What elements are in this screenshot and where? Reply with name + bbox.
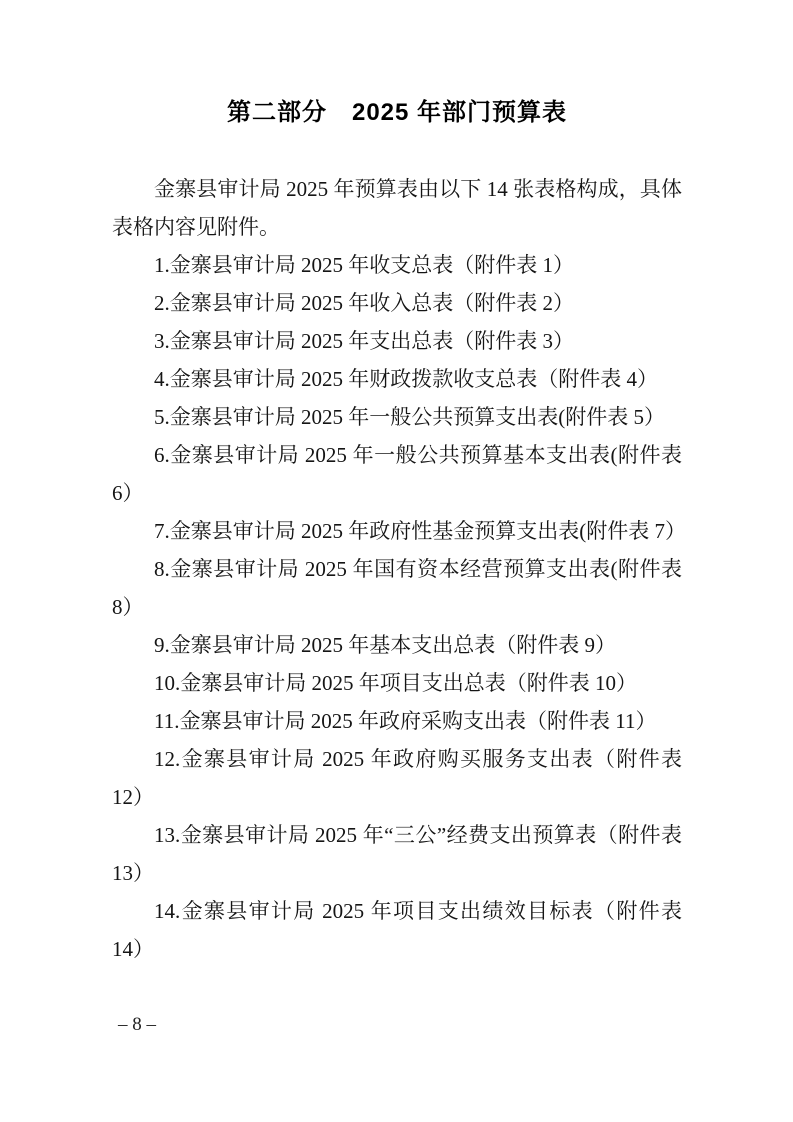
budget-table-item-14: 14.金寨县审计局 2025 年项目支出绩效目标表（附件表 14） — [112, 892, 682, 968]
budget-table-item-6: 6.金寨县审计局 2025 年一般公共预算基本支出表(附件表 6） — [112, 436, 682, 512]
page-number: – 8 – — [118, 1012, 156, 1038]
budget-table-item-10: 10.金寨县审计局 2025 年项目支出总表（附件表 10） — [112, 664, 682, 702]
budget-table-item-4: 4.金寨县审计局 2025 年财政拨款收支总表（附件表 4） — [112, 360, 682, 398]
budget-table-item-13: 13.金寨县审计局 2025 年“三公”经费支出预算表（附件表 13） — [112, 816, 682, 892]
intro-paragraph: 金寨县审计局 2025 年预算表由以下 14 张表格构成，具体表格内容见附件。 — [112, 170, 682, 246]
budget-table-item-11: 11.金寨县审计局 2025 年政府采购支出表（附件表 11） — [112, 702, 682, 740]
budget-table-item-12: 12.金寨县审计局 2025 年政府购买服务支出表（附件表 12） — [112, 740, 682, 816]
document-page: 第二部分 2025 年部门预算表 金寨县审计局 2025 年预算表由以下 14 … — [0, 0, 793, 1122]
budget-table-item-2: 2.金寨县审计局 2025 年收入总表（附件表 2） — [112, 284, 682, 322]
budget-table-item-3: 3.金寨县审计局 2025 年支出总表（附件表 3） — [112, 322, 682, 360]
budget-table-item-8: 8.金寨县审计局 2025 年国有资本经营预算支出表(附件表 8） — [112, 550, 682, 626]
budget-table-item-7: 7.金寨县审计局 2025 年政府性基金预算支出表(附件表 7） — [112, 512, 682, 550]
page-title: 第二部分 2025 年部门预算表 — [112, 96, 682, 130]
budget-table-item-1: 1.金寨县审计局 2025 年收支总表（附件表 1） — [112, 246, 682, 284]
document-body: 金寨县审计局 2025 年预算表由以下 14 张表格构成，具体表格内容见附件。 … — [112, 170, 682, 968]
budget-table-item-9: 9.金寨县审计局 2025 年基本支出总表（附件表 9） — [112, 626, 682, 664]
budget-table-item-5: 5.金寨县审计局 2025 年一般公共预算支出表(附件表 5） — [112, 398, 682, 436]
